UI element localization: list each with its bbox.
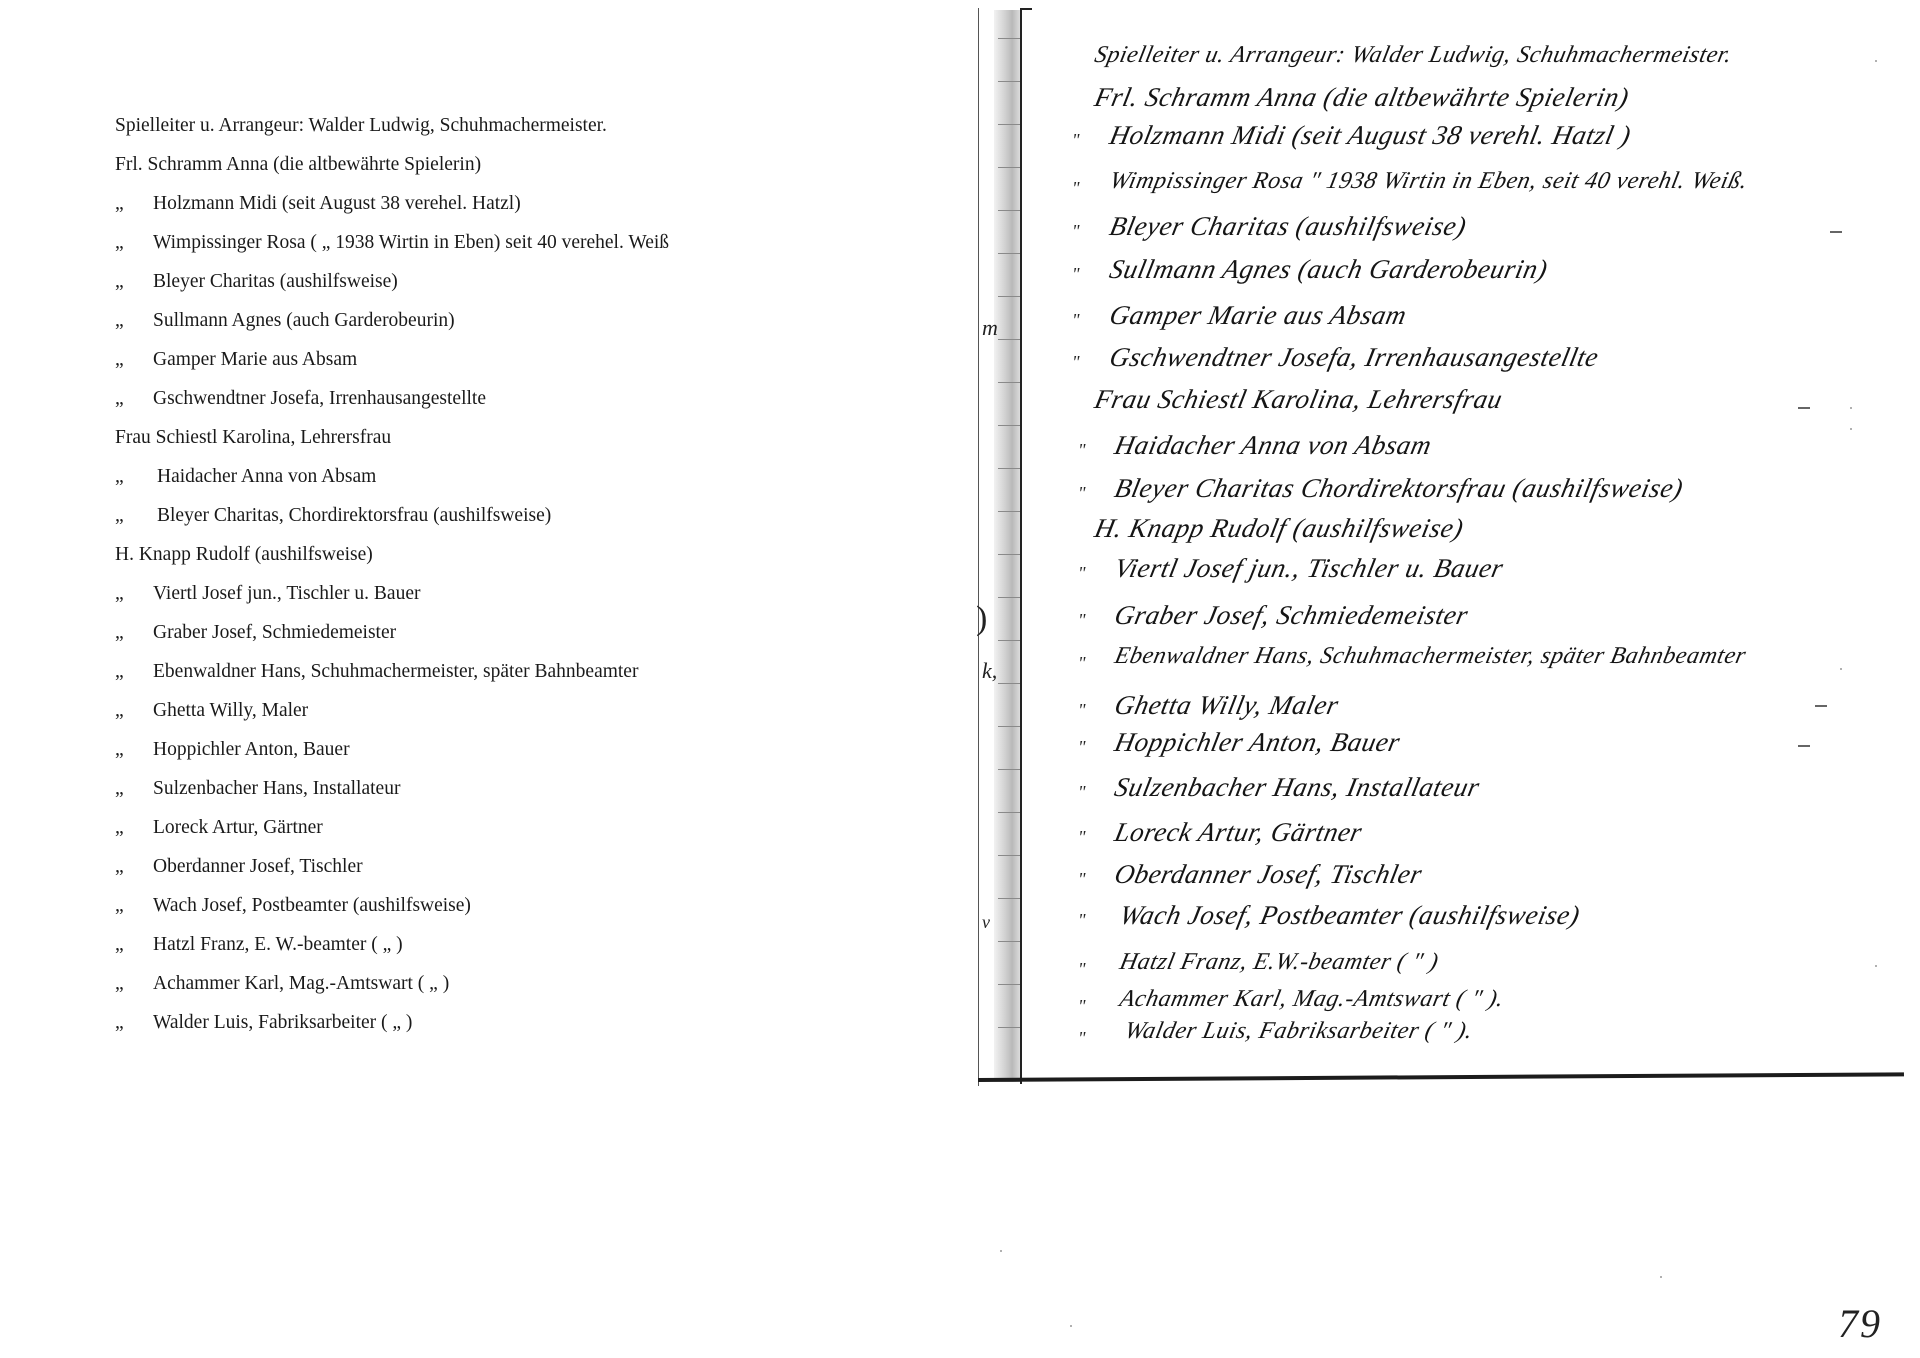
binding-tick [998,855,1020,856]
manuscript-line: Frl. Schramm Anna (die altbewährte Spiel… [1092,82,1632,113]
margin-mark: ) [976,600,987,638]
transcription-text: Sulzenbacher Hans, Installateur [153,779,400,799]
binding-strip [994,10,1020,1082]
ditto-mark: „ [115,740,124,760]
manuscript-line: Holzmann Midi (seit August 38 verehl. Ha… [1107,120,1634,151]
manuscript-ditto-mark: " [1078,782,1086,803]
speck [1840,668,1842,670]
binding-tick [998,38,1020,39]
transcription-text: Ghetta Willy, Maler [153,701,308,721]
manuscript-ditto-mark: " [1078,910,1086,931]
manuscript-ditto-mark: " [1078,959,1086,980]
ditto-mark: „ [115,194,124,214]
margin-rule-tick [1020,8,1032,10]
binding-tick [998,769,1020,770]
margin-mark: k, [982,658,997,684]
speck [1850,407,1852,409]
manuscript-ditto-mark: " [1078,700,1086,721]
manuscript-ditto-mark: " [1078,737,1086,758]
manuscript-ditto-mark: " [1072,352,1080,373]
binding-tick [998,554,1020,555]
binding-tick [998,511,1020,512]
manuscript-line: Loreck Artur, Gärtner [1112,817,1365,848]
binding-tick [998,1027,1020,1028]
binding-tick [998,898,1020,899]
manuscript-line: H. Knapp Rudolf (aushilfsweise) [1092,513,1467,544]
transcription-text: Walder Luis, Fabriksarbeiter ( „ ) [153,1013,412,1033]
margin-mark: m [982,315,998,341]
manuscript-ditto-mark: " [1078,563,1086,584]
ditto-mark: „ [115,467,124,487]
binding-tick [998,683,1020,684]
transcription-text: Gamper Marie aus Absam [153,350,357,370]
binding-tick [998,468,1020,469]
transcription-text: Loreck Artur, Gärtner [153,818,323,838]
transcription-text: Wimpissinger Rosa ( „ 1938 Wirtin in Ebe… [153,233,669,253]
ditto-mark: „ [115,779,124,799]
transcription-text: Bleyer Charitas (aushilfsweise) [153,272,398,292]
transcription-text: Bleyer Charitas, Chordirektorsfrau (aush… [157,506,551,526]
manuscript-line: Oberdanner Josef, Tischler [1112,859,1425,890]
ditto-mark: „ [115,389,124,409]
ditto-mark: „ [115,272,124,292]
speck [1000,1250,1002,1252]
transcription-text: Ebenwaldner Hans, Schuhmachermeister, sp… [153,662,638,682]
transcription-text: Wach Josef, Postbeamter (aushilfsweise) [153,896,471,916]
stray-mark [1815,705,1827,707]
manuscript-line: Hatzl Franz, E.W.-beamter ( " ) [1117,949,1441,976]
manuscript-ditto-mark: " [1078,653,1086,674]
manuscript-line: Wimpissinger Rosa " 1938 Wirtin in Eben,… [1107,168,1750,195]
manuscript-ditto-mark: " [1072,221,1080,242]
manuscript-line: Sulzenbacher Hans, Installateur [1112,772,1483,803]
manuscript-line: Viertl Josef jun., Tischler u. Bauer [1112,553,1507,584]
manuscript-ditto-mark: " [1072,178,1080,199]
speck [1850,428,1852,430]
manuscript-ditto-mark: " [1078,1028,1086,1049]
transcription-text: Hoppichler Anton, Bauer [153,740,350,760]
transcription-text: Hatzl Franz, E. W.-beamter ( „ ) [153,935,403,955]
binding-tick [998,640,1020,641]
manuscript-line: Gamper Marie aus Absam [1107,300,1410,331]
ditto-mark: „ [115,818,124,838]
ditto-mark: „ [115,857,124,877]
transcription-text: Haidacher Anna von Absam [157,467,376,487]
manuscript-line: Bleyer Charitas Chordirektorsfrau (aushi… [1112,473,1686,504]
stray-mark [1798,407,1810,409]
binding-tick [998,941,1020,942]
binding-tick [998,382,1020,383]
manuscript-line: Ebenwaldner Hans, Schuhmachermeister, sp… [1112,643,1748,670]
manuscript-ditto-mark: " [1072,264,1080,285]
manuscript-line: Walder Luis, Fabriksarbeiter ( " ). [1122,1018,1475,1045]
manuscript-ditto-mark: " [1078,610,1086,631]
binding-tick [998,253,1020,254]
ditto-mark: „ [115,701,124,721]
stray-mark [1830,231,1842,233]
manuscript-line: Spielleiter u. Arrangeur: Walder Ludwig,… [1092,42,1734,69]
manuscript-ditto-mark: " [1078,869,1086,890]
manuscript-line: Bleyer Charitas (aushilfsweise) [1107,211,1470,242]
speck [1660,1276,1662,1278]
transcription-text: Gschwendtner Josefa, Irrenhausangestellt… [153,389,486,409]
manuscript-line: Graber Josef, Schmiedemeister [1112,600,1471,631]
manuscript-line: Achammer Karl, Mag.-Amtswart ( " ). [1117,986,1506,1013]
margin-mark: v [982,912,990,933]
page-bottom-rule [978,1072,1904,1082]
binding-tick [998,597,1020,598]
binding-tick [998,167,1020,168]
binding-tick [998,425,1020,426]
manuscript-line: Hoppichler Anton, Bauer [1112,727,1403,758]
binding-tick [998,984,1020,985]
manuscript-line: Haidacher Anna von Absam [1112,430,1435,461]
binding-tick [998,812,1020,813]
ditto-mark: „ [115,935,124,955]
transcription-text: Graber Josef, Schmiedemeister [153,623,396,643]
ditto-mark: „ [115,896,124,916]
ditto-mark: „ [115,311,124,331]
binding-tick [998,726,1020,727]
transcription-text: H. Knapp Rudolf (aushilfsweise) [115,545,373,565]
transcription-text: Oberdanner Josef, Tischler [153,857,363,877]
transcription-text: Holzmann Midi (seit August 38 verehel. H… [153,194,521,214]
ditto-mark: „ [115,506,124,526]
manuscript-ditto-mark: " [1078,827,1086,848]
ditto-mark: „ [115,974,124,994]
transcription-text: Frl. Schramm Anna (die altbewährte Spiel… [115,155,481,175]
manuscript-line: Gschwendtner Josefa, Irrenhausangestellt… [1107,342,1602,373]
manuscript-line: Frau Schiestl Karolina, Lehrersfrau [1092,384,1506,415]
manuscript-line: Ghetta Willy, Maler [1112,690,1342,721]
speck [1070,1325,1072,1327]
binding-tick [998,81,1020,82]
ditto-mark: „ [115,1013,124,1033]
speck [1875,965,1877,967]
ditto-mark: „ [115,233,124,253]
ditto-mark: „ [115,350,124,370]
transcription-text: Sullmann Agnes (auch Garderobeurin) [153,311,455,331]
transcription-text: Frau Schiestl Karolina, Lehrersfrau [115,428,391,448]
ditto-mark: „ [115,623,124,643]
manuscript-ditto-mark: " [1072,310,1080,331]
binding-tick [998,124,1020,125]
manuscript-ditto-mark: " [1078,440,1086,461]
manuscript-ditto-mark: " [1078,996,1086,1017]
manuscript-line: Wach Josef, Postbeamter (aushilfsweise) [1117,900,1583,931]
stray-mark [1798,745,1810,747]
manuscript-line: Sullmann Agnes (auch Garderobeurin) [1107,254,1551,285]
margin-rule [1020,8,1022,1084]
transcription-text: Achammer Karl, Mag.-Amtswart ( „ ) [153,974,449,994]
manuscript-ditto-mark: " [1072,130,1080,151]
manuscript-ditto-mark: " [1078,483,1086,504]
ditto-mark: „ [115,584,124,604]
transcription-text: Viertl Josef jun., Tischler u. Bauer [153,584,420,604]
binding-tick [998,210,1020,211]
page-edge-line [978,8,979,1086]
manuscript-scan: Spielleiter u. Arrangeur: Walder Ludwig,… [970,0,1920,1358]
binding-tick [998,339,1020,340]
speck [1875,60,1877,62]
page-number: 79 [1838,1300,1882,1347]
ditto-mark: „ [115,662,124,682]
binding-tick [998,296,1020,297]
